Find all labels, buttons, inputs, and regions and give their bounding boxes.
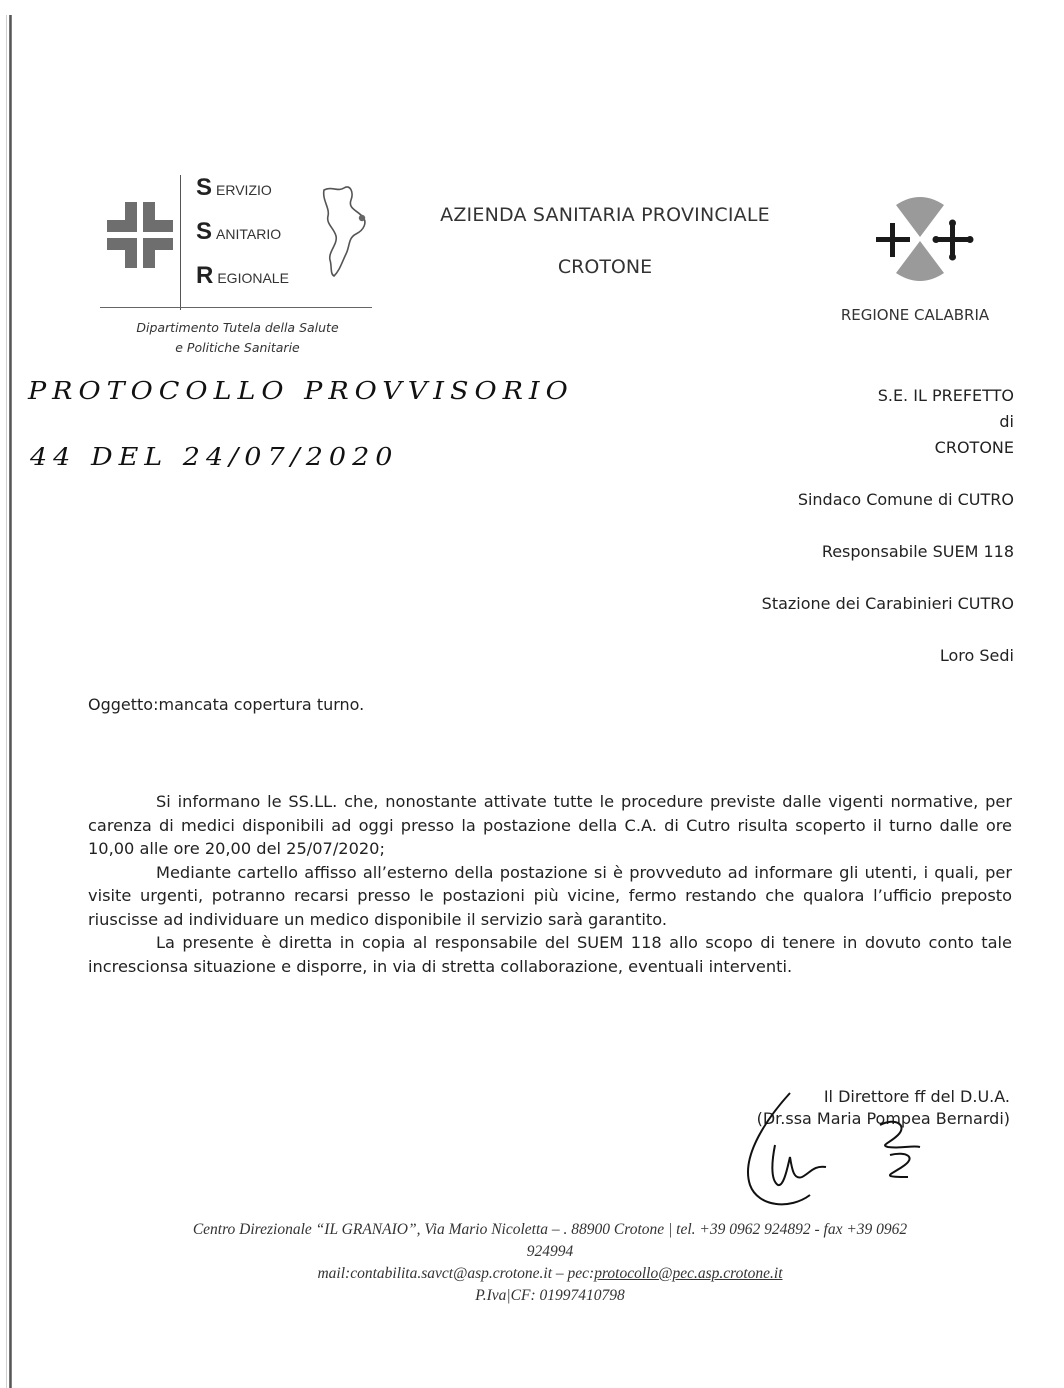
recipient-prefetto-city: CROTONE	[762, 435, 1014, 461]
footer-address: Centro Direzionale “IL GRANAIO”, Via Mar…	[90, 1219, 1010, 1241]
agency-city: CROTONE	[405, 256, 805, 278]
handwritten-signature-icon	[730, 1085, 950, 1215]
scan-edge-line	[9, 15, 12, 1388]
recipient-sindaco: Sindaco Comune di CUTRO	[762, 487, 1014, 513]
pec-email-link[interactable]: protocollo@pec.asp.crotone.it	[594, 1265, 782, 1282]
logo-divider-vertical	[180, 175, 181, 310]
ssr-logo: S ERVIZIO S ANITARIO R EGIONALE Dipartim…	[100, 170, 375, 360]
recipient-carabinieri: Stazione dei Carabinieri CUTRO	[762, 591, 1014, 617]
ssr-rest: ANITARIO	[216, 226, 281, 242]
letter-subject: Oggetto:mancata copertura turno.	[88, 695, 364, 714]
footer-address-cont: 924994	[90, 1241, 1010, 1263]
recipient-suem: Responsabile SUEM 118	[762, 539, 1014, 565]
handwritten-protocol-number: 44 DEL 24/07/2020	[30, 444, 398, 472]
recipient-prefetto-di: di	[762, 409, 1014, 435]
region-label: REGIONE CALABRIA	[815, 306, 1015, 324]
agency-title: AZIENDA SANITARIA PROVINCIALE	[405, 204, 805, 226]
ssr-line-regionale: R EGIONALE	[196, 262, 289, 306]
body-paragraph: La presente è diretta in copia al respon…	[88, 931, 1012, 978]
ssr-initial: S	[196, 218, 212, 246]
footer-vat: P.Iva|CF: 01997410798	[90, 1285, 1010, 1307]
department-line-1: Dipartimento Tutela della Salute	[100, 318, 375, 338]
body-paragraph: Si informano le SS.LL. che, nonostante a…	[88, 790, 1012, 861]
recipient-loro-sedi: Loro Sedi	[762, 643, 1014, 669]
ssr-line-sanitario: S ANITARIO	[196, 218, 289, 262]
calabria-map-icon	[318, 182, 373, 282]
recipient-prefetto-title: S.E. IL PREFETTO	[762, 383, 1014, 409]
handwritten-protocol-title: PROTOCOLLO PROVVISORIO	[28, 378, 574, 406]
ssr-rest: ERVIZIO	[216, 182, 272, 198]
ssr-initial: R	[196, 262, 213, 290]
letter-body: Si informano le SS.LL. che, nonostante a…	[88, 790, 1012, 978]
letter-footer: Centro Direzionale “IL GRANAIO”, Via Mar…	[90, 1219, 1010, 1307]
footer-mail: mail:contabilita.savct@asp.crotone.it – …	[317, 1265, 594, 1282]
body-paragraph: Mediante cartello affisso all’esterno de…	[88, 861, 1012, 932]
recipients-block: S.E. IL PREFETTO di CROTONE Sindaco Comu…	[762, 383, 1014, 669]
ssr-rest: EGIONALE	[217, 270, 289, 286]
footer-contacts: mail:contabilita.savct@asp.crotone.it – …	[90, 1263, 1010, 1285]
scan-edge-shadow	[6, 15, 7, 1388]
ssr-wordmark: S ERVIZIO S ANITARIO R EGIONALE	[196, 174, 289, 306]
ssr-initial: S	[196, 174, 212, 202]
department-line-2: e Politiche Sanitarie	[100, 338, 375, 358]
calabria-emblem-icon	[866, 189, 974, 289]
logo-divider-horizontal	[100, 307, 372, 308]
medical-cross-icon	[105, 200, 175, 270]
ssr-line-servizio: S ERVIZIO	[196, 174, 289, 218]
department-name: Dipartimento Tutela della Salute e Polit…	[100, 318, 375, 358]
